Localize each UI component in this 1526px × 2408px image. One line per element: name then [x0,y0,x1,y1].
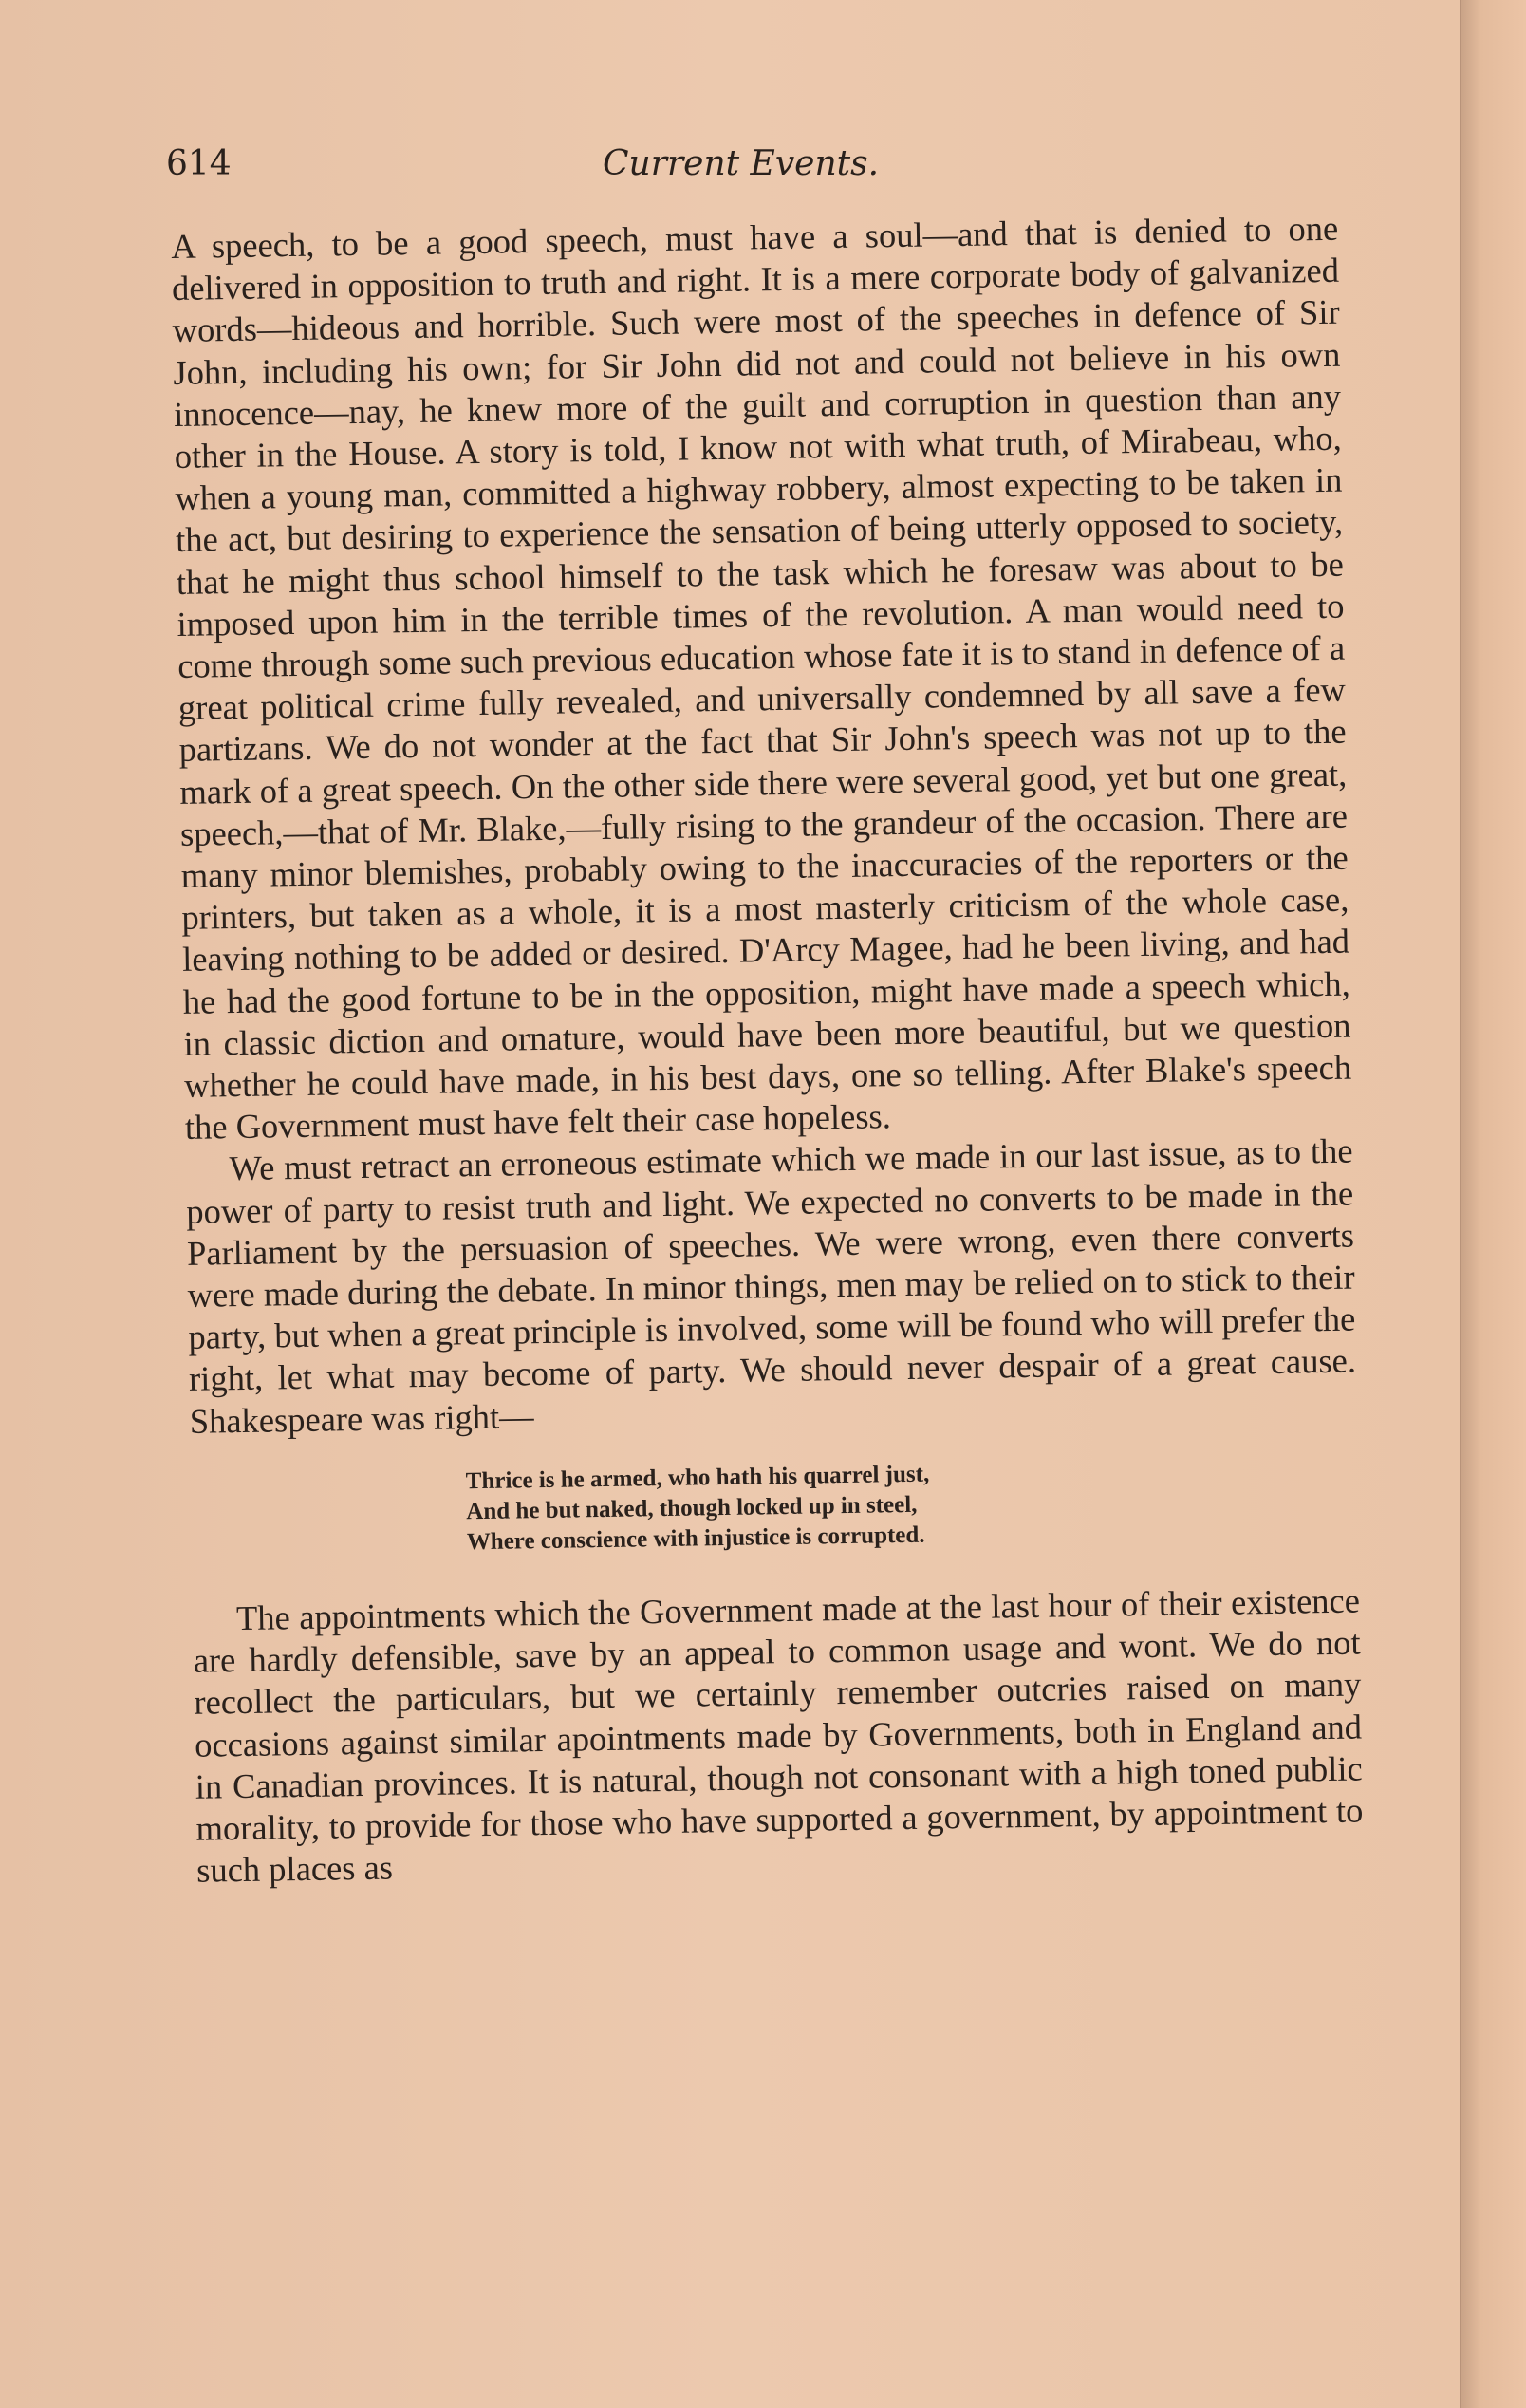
paragraph-retraction: We must retract an erroneous estimate wh… [185,1130,1357,1443]
book-page: 614 Current Events. A speech, to be a go… [0,0,1461,2408]
page-header: 614 Current Events. [166,144,1352,201]
paragraph-appointments: The appointments which the Government ma… [193,1579,1365,1892]
page-number: 614 [166,144,232,183]
paragraph-speech: A speech, to be a good speech, must have… [171,208,1352,1149]
verse-quotation: Thrice is he armed, who hath his quarrel… [466,1452,1359,1558]
article-body: A speech, to be a good speech, must have… [171,208,1364,1892]
page-edge [1460,0,1526,2408]
running-title: Current Events. [603,144,879,183]
